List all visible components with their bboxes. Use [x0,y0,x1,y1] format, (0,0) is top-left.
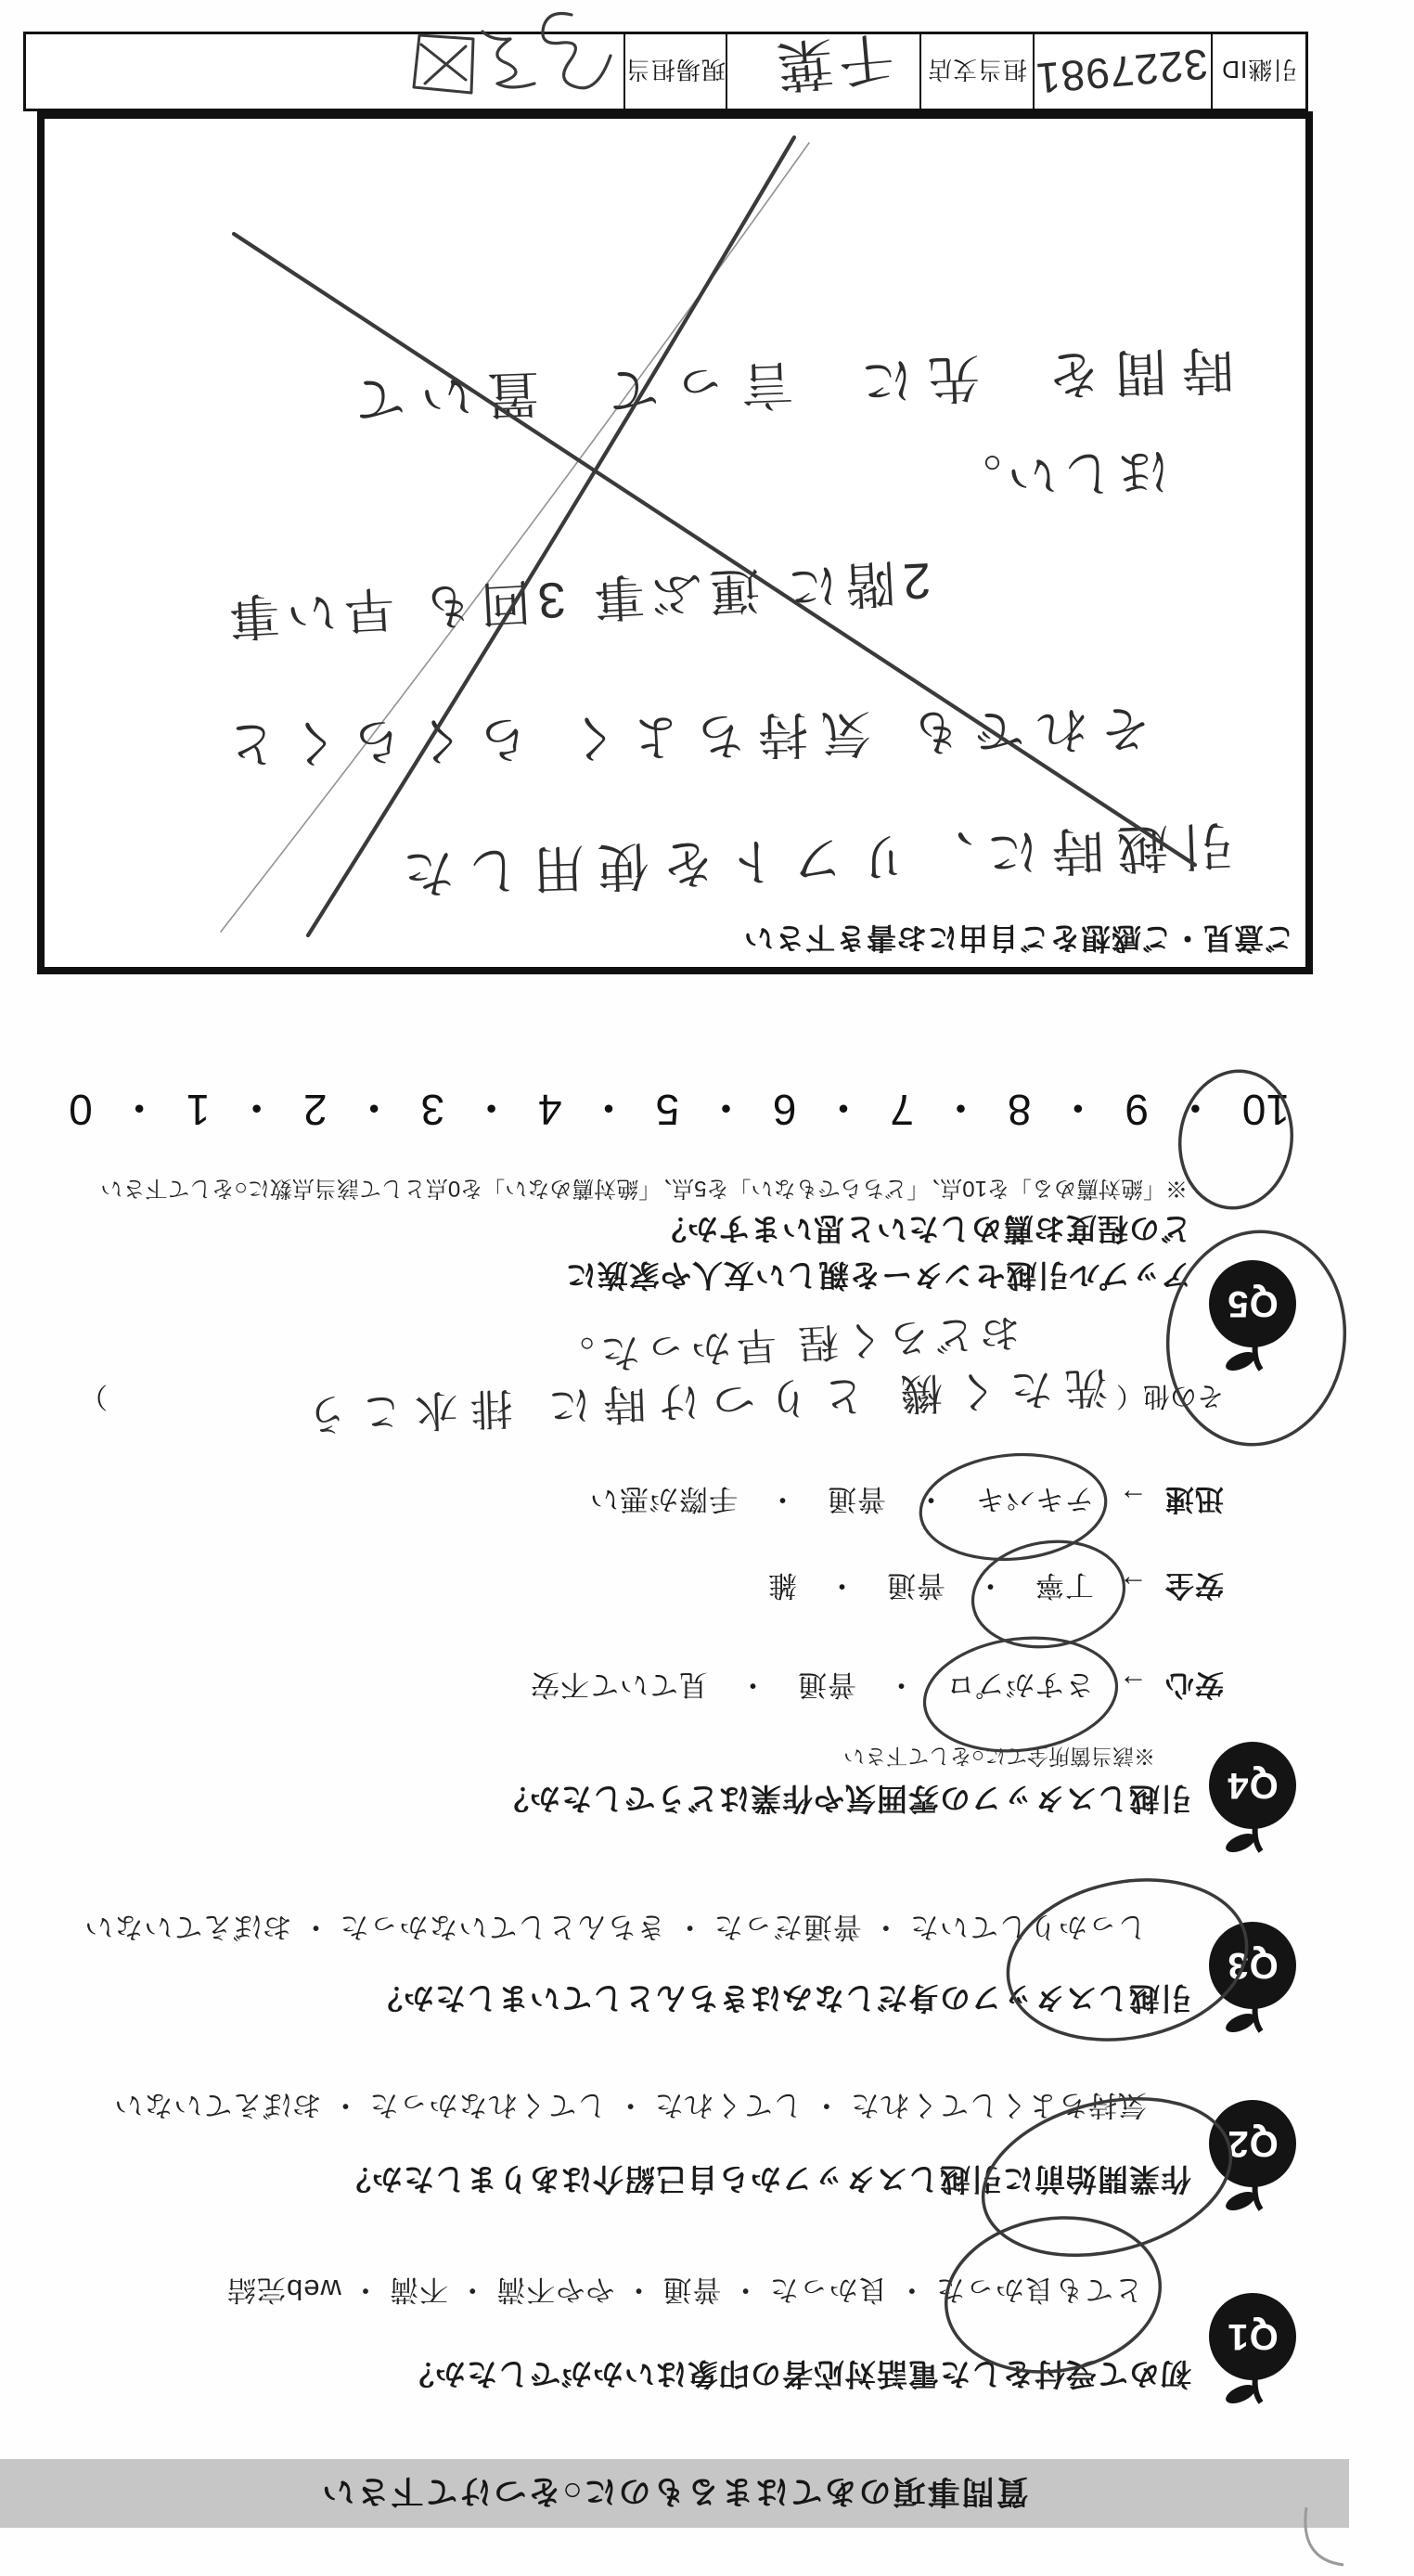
q4-row-label: 安心 [1164,1668,1224,1701]
q1-title: 初めて受付をした電話対応者の印象はいかがでしたか？ [403,2354,1191,2398]
staff-signature-cell [26,34,625,109]
scale-value: 6 [773,1085,797,1135]
upside-down-content: 質問事項のあてはまるものに○をつけて下さい Q1 初めて受付をした電話対応者の印… [0,0,1414,2576]
q4-row-options: テキパキ ・ 普通 ・ 手際が悪い [589,1483,1094,1515]
comment-box-header: ご意見・ご感想をご自由にお書き下さい [743,919,1294,961]
scale-value: 8 [1008,1085,1032,1135]
q5-title-line1: アップル引越センターを親しい友人や家族に [565,1256,1191,1299]
handwritten-comment-line: ほしい。 [945,439,1171,518]
instruction-bar: 質問事項のあてはまるものに○をつけて下さい [0,2459,1349,2528]
staff-label: 現場担当 [625,34,727,109]
q2-title: 作業開始前に引越しスタッフから自己紹介はありましたか？ [340,2159,1191,2203]
q5-badge-label: Q5 [1227,1283,1278,1325]
q5-apple-badge: Q5 [1209,1260,1296,1347]
scale-value: 9 [1125,1085,1149,1135]
scale-dot: ・ [587,1079,630,1140]
q4-row-jinsoku: 迅速→テキパキ ・ 普通 ・ 手際が悪い [589,1481,1224,1523]
q3-badge-label: Q3 [1227,1945,1278,1987]
arrow-icon: → [1118,1483,1148,1515]
scale-value: 3 [421,1085,445,1135]
q3-options: しっかりしていた ・ 普通だった ・ きちんとしていなかった ・ おぼえていない [84,1909,1147,1951]
scale-dot: ・ [236,1079,278,1140]
q3-title: 引越しスタッフの身だしなみはきちんとしていましたか？ [371,1978,1191,2022]
scale-value: 4 [538,1085,562,1135]
q5-note: ※「絶対薦める」を10点、「どちらでもない」を5点、「絶対薦めない」を0点として… [100,1175,1188,1207]
apple-stem-leaf-icon [1222,2182,1283,2213]
scale-dot: ・ [705,1079,748,1140]
q2-badge-label: Q2 [1227,2123,1278,2165]
q1-badge-label: Q1 [1227,2316,1278,2358]
q4-row-label: 迅速 [1164,1483,1224,1515]
instruction-text: 質問事項のあてはまるものに○をつけて下さい [320,2470,1028,2517]
handover-id-label: 引継ID [1213,34,1305,109]
q4-badge-label: Q4 [1227,1765,1278,1807]
scale-dot: ・ [353,1079,395,1140]
scale-dot: ・ [470,1079,513,1140]
scale-value: 10 [1242,1085,1290,1135]
nps-scale: 10・9・8・7・6・5・4・3・2・1・0 [69,1084,1290,1136]
q4-title: 引越しスタッフの雰囲気や作業はどうでしたか？ [497,1779,1191,1823]
apple-stem-leaf-icon [1222,2003,1283,2035]
scale-dot: ・ [1057,1079,1099,1140]
scale-value: 7 [890,1085,914,1135]
q4-row-anshin: 安心→さすがプロ ・ 普通 ・ 見ていて不安 [530,1667,1224,1708]
branch-label: 担当支店 [921,34,1035,109]
scanned-survey-page: 質問事項のあてはまるものに○をつけて下さい Q1 初めて受付をした電話対応者の印… [0,0,1414,2576]
arrow-icon: → [1118,1569,1148,1602]
q4-row-options: 丁寧 ・ 普通 ・ 雑 [767,1569,1094,1602]
q4-other-label: その他（ [1116,1379,1224,1417]
q2-options: 気持ちよくしてくれた ・ してくれた ・ してくれなかった ・ おぼえていない [113,2087,1147,2129]
apple-stem-leaf-icon [1222,1823,1283,1855]
scale-dot: ・ [118,1079,161,1140]
handwritten-branch-name: 千葉 [769,20,898,110]
scale-dot: ・ [1174,1079,1216,1140]
apple-stem-leaf-icon [1222,1342,1283,1373]
q1-options: とても良かった ・ 良かった ・ 普通 ・ やや不満 ・ 不満 ・ web完結 [226,2272,1143,2313]
scale-value: 1 [186,1085,211,1135]
q4-row-label: 安全 [1164,1569,1224,1602]
q4-row-options: さすがプロ ・ 普通 ・ 見ていて不安 [530,1668,1094,1701]
scale-value: 2 [303,1085,328,1135]
q2-apple-badge: Q2 [1209,2100,1296,2187]
q4-other-close-paren: ） [80,1379,108,1420]
q4-note: ※該当箇所全てに○をして下さい [843,1743,1155,1773]
q1-apple-badge: Q1 [1209,2293,1296,2380]
q5-title-line2: どの程度お薦めしたいと思いますか？ [655,1209,1191,1253]
arrow-icon: → [1118,1668,1148,1701]
scale-dot: ・ [822,1079,865,1140]
q3-apple-badge: Q3 [1209,1922,1296,2009]
scale-value: 5 [655,1085,679,1135]
scale-value: 0 [69,1085,93,1135]
q4-row-anzen: 安全→丁寧 ・ 普通 ・ 雑 [767,1567,1224,1609]
q4-apple-badge: Q4 [1209,1742,1296,1829]
scale-dot: ・ [939,1079,982,1140]
apple-stem-leaf-icon [1222,2375,1283,2406]
